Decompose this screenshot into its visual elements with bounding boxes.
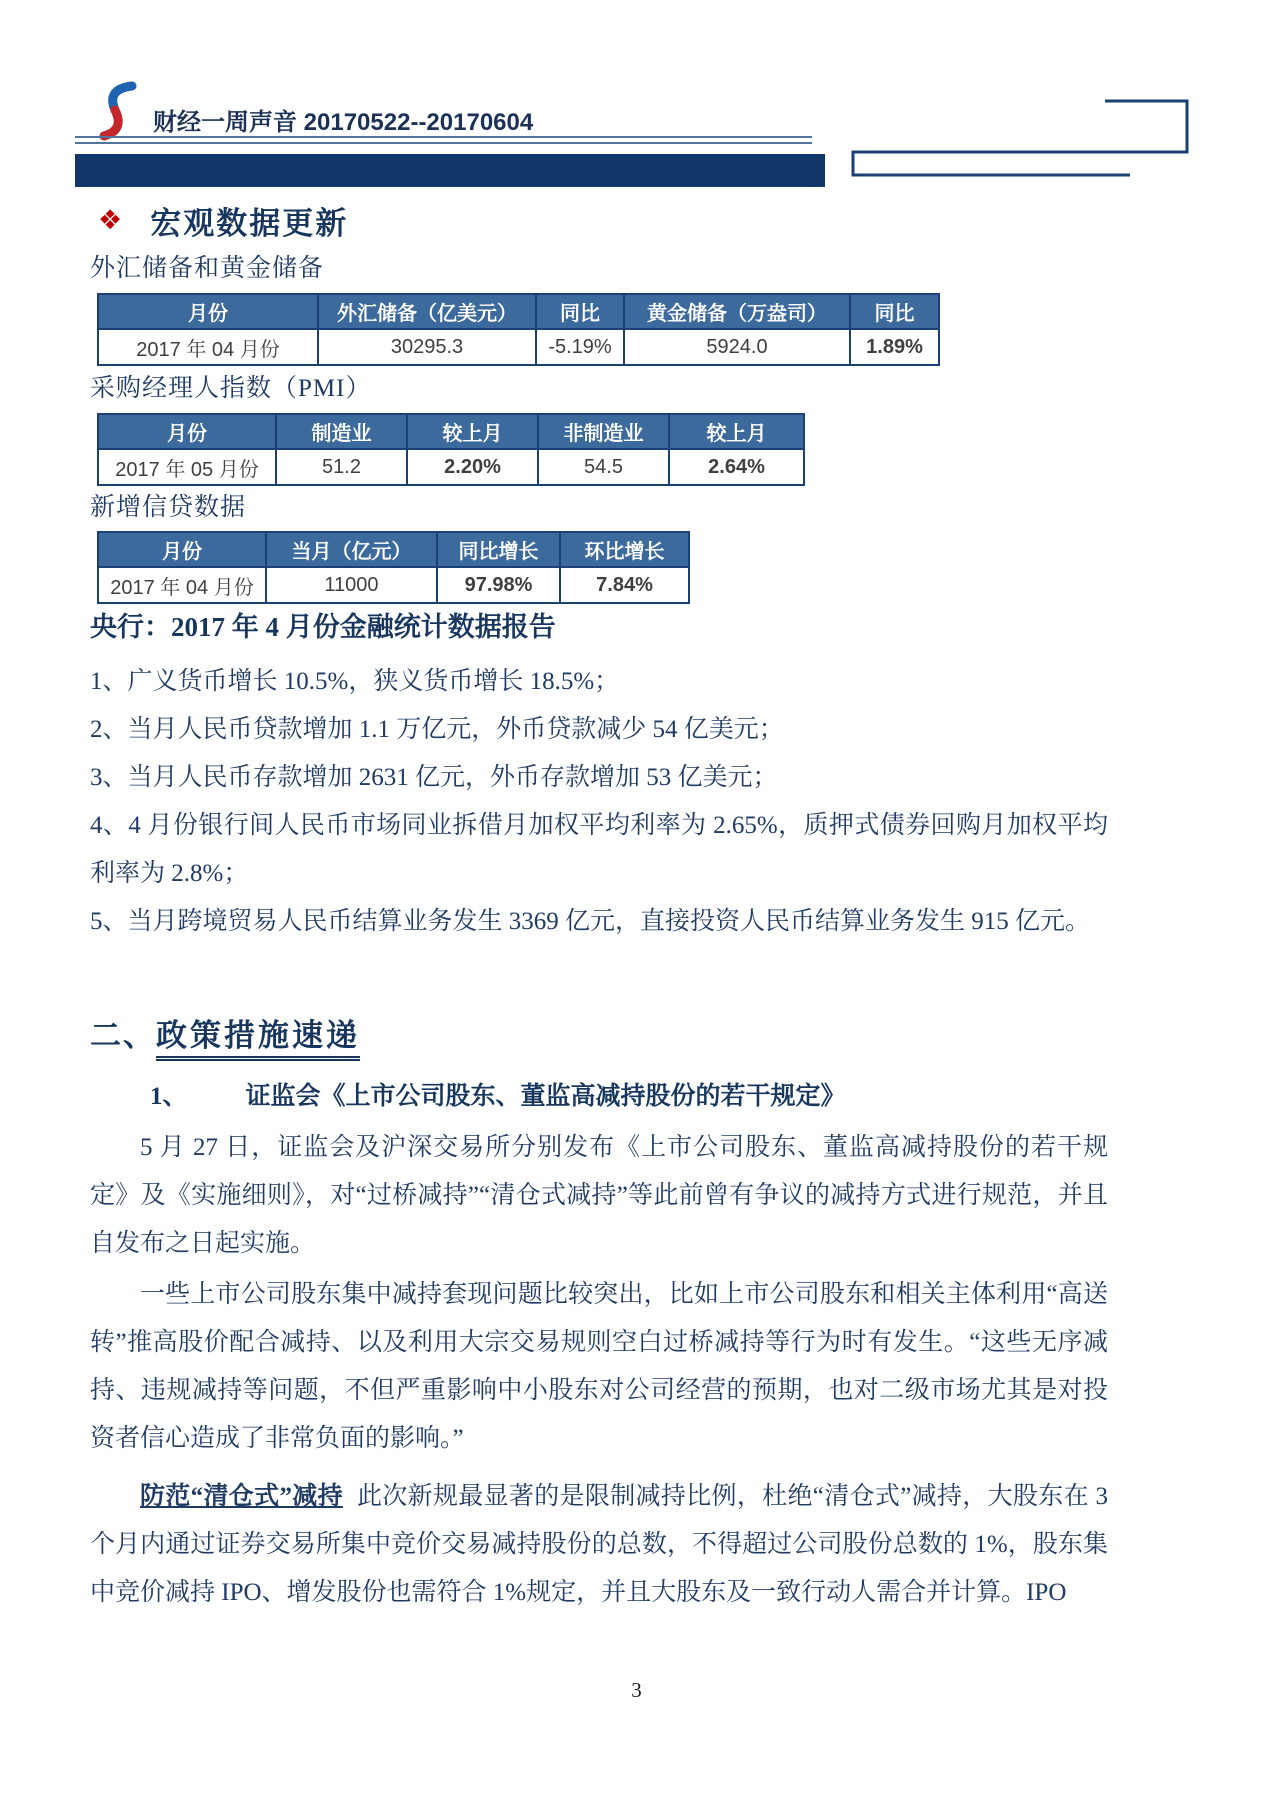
subsection-number: 1、 xyxy=(150,1083,188,1110)
cell-gold-yoy: 1.89% xyxy=(850,329,939,365)
pboc-report-heading: 央行：2017 年 4 月份金融统计数据报告 xyxy=(90,605,556,644)
document-title: 财经一周声音 20170522--20170604 xyxy=(153,102,533,137)
column-header: 当月（亿元） xyxy=(266,532,437,567)
cell-non-manufacturing: 54.5 xyxy=(538,449,669,485)
section-heading-macro: ❖ 宏观数据更新 xyxy=(98,198,348,243)
diamond-bullet-icon: ❖ xyxy=(98,207,122,234)
cell-month: 2017 年 04 月份 xyxy=(98,329,318,365)
column-header: 制造业 xyxy=(276,414,407,449)
table-label-credit: 新增信贷数据 xyxy=(90,487,246,523)
policy-paragraph: 5 月 27 日，证监会及沪深交易所分别发布《上市公司股东、董监高减持股份的若干… xyxy=(90,1124,1108,1268)
section-title: 宏观数据更新 xyxy=(150,198,348,243)
column-header: 月份 xyxy=(98,414,276,449)
new-credit-table: 月份 当月（亿元） 同比增长 环比增长 2017 年 04 月份 11000 9… xyxy=(97,531,690,604)
report-item: 5、当月跨境贸易人民币结算业务发生 3369 亿元，直接投资人民币结算业务发生 … xyxy=(90,898,1108,946)
table-row: 2017 年 04 月份 11000 97.98% 7.84% xyxy=(98,567,689,603)
cell-manufacturing-mom: 2.20% xyxy=(407,449,538,485)
cell-gold-reserve: 5924.0 xyxy=(624,329,850,365)
policy-paragraph: 一些上市公司股东集中减持套现问题比较突出，比如上市公司股东和相关主体利用“高送转… xyxy=(90,1271,1108,1463)
cell-mom-growth: 7.84% xyxy=(560,567,689,603)
policy-paragraph: 防范“清仓式”减持此次新规最显著的是限制减持比例，杜绝“清仓式”减持，大股东在 … xyxy=(90,1473,1108,1617)
table-row: 2017 年 04 月份 30295.3 -5.19% 5924.0 1.89% xyxy=(98,329,939,365)
cell-manufacturing: 51.2 xyxy=(276,449,407,485)
column-header: 外汇储备（亿美元） xyxy=(318,294,536,329)
subsection-title: 证监会《上市公司股东、董监高减持股份的若干规定》 xyxy=(246,1083,846,1110)
section-heading-policy: 二、政策措施速递 xyxy=(90,1010,360,1055)
pmi-table: 月份 制造业 较上月 非制造业 较上月 2017 年 05 月份 51.2 2.… xyxy=(97,413,805,486)
column-header: 较上月 xyxy=(669,414,804,449)
report-item: 3、当月人民币存款增加 2631 亿元，外币存款增加 53 亿美元； xyxy=(90,754,1108,802)
table-row: 2017 年 05 月份 51.2 2.20% 54.5 2.64% xyxy=(98,449,804,485)
table-header-row: 月份 当月（亿元） 同比增长 环比增长 xyxy=(98,532,689,567)
cell-non-manufacturing-mom: 2.64% xyxy=(669,449,804,485)
paragraph-lead-emphasis: 防范“清仓式”减持 xyxy=(140,1483,343,1510)
table-label-fx-reserves: 外汇储备和黄金储备 xyxy=(90,248,324,284)
page-number: 3 xyxy=(0,1678,1273,1703)
column-header: 同比增长 xyxy=(437,532,560,567)
column-header: 较上月 xyxy=(407,414,538,449)
report-item: 1、广义货币增长 10.5%，狭义货币增长 18.5%； xyxy=(90,658,1108,706)
policy-subsection-heading: 1、证监会《上市公司股东、董监高减持股份的若干规定》 xyxy=(150,1076,846,1112)
column-header: 月份 xyxy=(98,532,266,567)
table-header-row: 月份 外汇储备（亿美元） 同比 黄金储备（万盎司） 同比 xyxy=(98,294,939,329)
column-header: 环比增长 xyxy=(560,532,689,567)
column-header: 月份 xyxy=(98,294,318,329)
fx-gold-reserves-table: 月份 外汇储备（亿美元） 同比 黄金储备（万盎司） 同比 2017 年 04 月… xyxy=(97,293,940,366)
cell-month: 2017 年 05 月份 xyxy=(98,449,276,485)
table-header-row: 月份 制造业 较上月 非制造业 较上月 xyxy=(98,414,804,449)
report-item-list: 1、广义货币增长 10.5%，狭义货币增长 18.5%； 2、当月人民币贷款增加… xyxy=(90,658,1108,946)
header-navy-bar xyxy=(75,154,825,187)
column-header: 黄金储备（万盎司） xyxy=(624,294,850,329)
cell-yoy-growth: 97.98% xyxy=(437,567,560,603)
section-title: 政策措施速递 xyxy=(156,1018,360,1061)
column-header: 非制造业 xyxy=(538,414,669,449)
column-header: 同比 xyxy=(536,294,624,329)
cell-fx-yoy: -5.19% xyxy=(536,329,624,365)
table-label-pmi: 采购经理人指数（PMI） xyxy=(90,368,371,404)
brand-swoosh-icon xyxy=(95,80,141,142)
policy-body: 5 月 27 日，证监会及沪深交易所分别发布《上市公司股东、董监高减持股份的若干… xyxy=(90,1124,1108,1617)
header-double-rule xyxy=(75,136,812,144)
section-number: 二、 xyxy=(90,1018,156,1053)
cell-month: 2017 年 04 月份 xyxy=(98,567,266,603)
report-item: 4、4 月份银行间人民币市场同业拆借月加权平均利率为 2.65%，质押式债券回购… xyxy=(90,802,1108,898)
report-item: 2、当月人民币贷款增加 1.1 万亿元，外币贷款减少 54 亿美元； xyxy=(90,706,1108,754)
cell-amount: 11000 xyxy=(266,567,437,603)
cell-fx-reserve: 30295.3 xyxy=(318,329,536,365)
column-header: 同比 xyxy=(850,294,939,329)
